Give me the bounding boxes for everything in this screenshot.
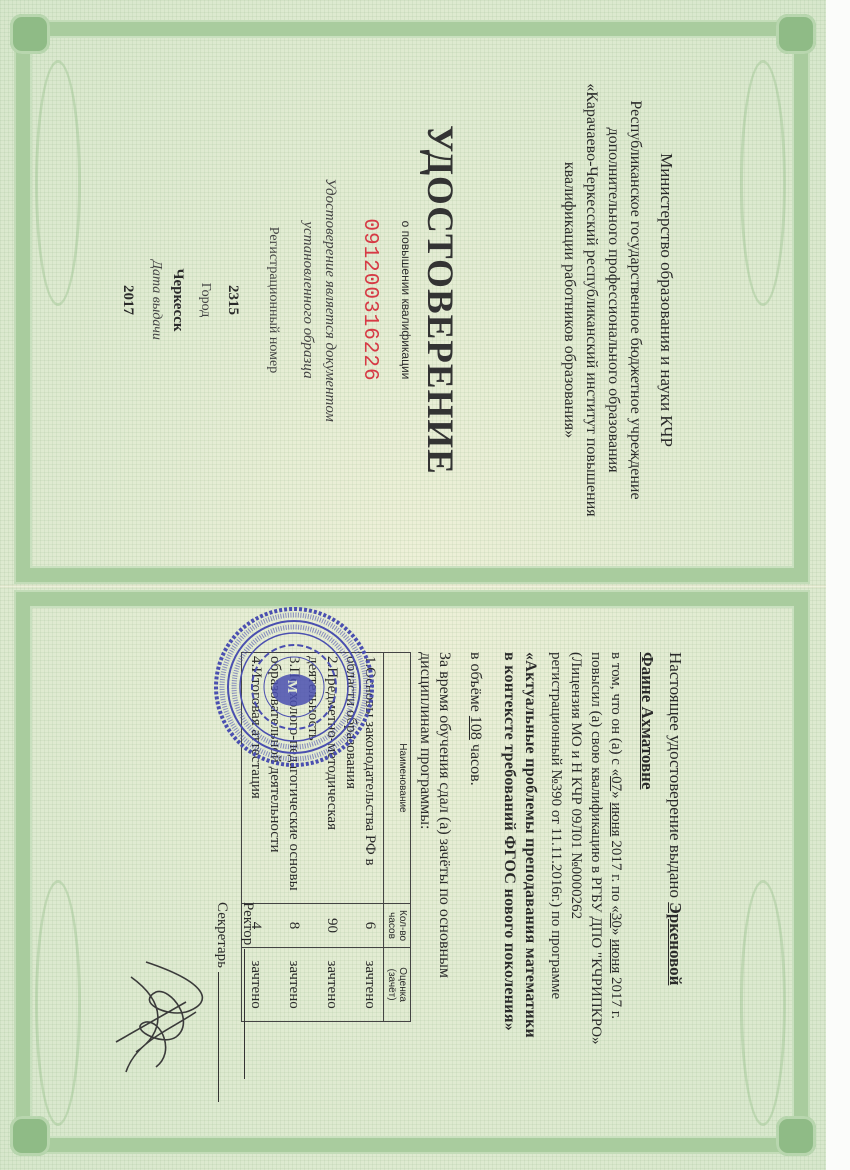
note-line: установленного образца [297, 40, 319, 560]
svg-text:М: М [284, 680, 299, 693]
issued-prefix: Настоящее удостоверение выдано [666, 652, 685, 898]
issue-date-label: Дата выдачи [148, 40, 164, 560]
end-day: 30 [608, 913, 624, 928]
city-label: Город [197, 40, 213, 560]
column-header-name: Наименование [384, 653, 411, 904]
discipline-grade: зачтено [341, 948, 384, 1022]
program-line: в контексте требований ФГОС нового покол… [499, 652, 520, 1092]
rector-label: Ректор [240, 902, 256, 945]
recipient-name: Фаине Ахматовне [637, 652, 658, 1092]
validity-note: Удостоверение является документом устано… [297, 40, 341, 560]
official-seal-icon: М [211, 602, 376, 772]
issue-year: 2017 [119, 40, 136, 560]
discipline-grade: зачтено [303, 948, 341, 1022]
organization-line: дополнительного профессионального образо… [602, 40, 624, 560]
organization-line: квалификации работников образования» [558, 40, 580, 560]
program-title: «Актуальные проблемы преподавания матема… [499, 652, 541, 1092]
signature-line [244, 949, 245, 1079]
text: 2017 г. по « [608, 837, 624, 913]
text: в том, что он (а) с « [608, 652, 624, 776]
note-line: Удостоверение является документом [319, 40, 341, 560]
exams-intro: За время обучения сдал (а) зачёты по осн… [416, 652, 454, 1092]
registration-line: регистрационный №390 от 11.11.2016г.) по… [546, 652, 566, 1092]
license-line: (Лицензия МО и Н КЧР 09Л01 №0000262 [566, 652, 586, 1092]
text: » [608, 791, 624, 799]
text: 2017 г. [608, 973, 624, 1019]
volume-line: в объёме 108 часов. [465, 652, 486, 1092]
discipline-hours: 8 [265, 903, 303, 947]
issued-to-line: Настоящее удостоверение выдано Эркеновой [665, 652, 686, 1092]
city-value: Черкесск [169, 40, 186, 560]
registration-number: 2315 [224, 40, 241, 560]
rector-signature-line: Ректор [239, 902, 256, 1079]
start-day: 07 [608, 776, 624, 791]
document-subtitle: о повышении квалификации [399, 40, 413, 560]
fold-line [0, 585, 826, 588]
discipline-hours: 6 [341, 903, 384, 947]
organization-name: Республиканское государственное бюджетно… [558, 40, 646, 560]
discipline-hours: 90 [303, 903, 341, 947]
handwritten-signature-icon [96, 942, 226, 1092]
organization-line: Республиканское государственное бюджетно… [624, 40, 646, 560]
text: » [608, 928, 624, 936]
institution-line: повысил (а) свою квалификацию в РГБУ ДПО… [586, 652, 606, 1092]
volume-prefix: в объёме [467, 652, 484, 712]
certificate-document: Министерство образования и науки КЧР Рес… [0, 0, 826, 1170]
left-page: Министерство образования и науки КЧР Рес… [26, 40, 786, 560]
training-period-text: в том, что он (а) с «07» июня 2017 г. по… [546, 652, 626, 1092]
registration-label: Регистрационный номер [265, 40, 281, 560]
volume-hours: 108 [467, 716, 484, 740]
column-header-hours: Кол-во часов [384, 903, 411, 947]
period-line: в том, что он (а) с «07» июня 2017 г. по… [606, 652, 626, 1092]
column-header-grade: Оценка (зачёт) [384, 948, 411, 1022]
recipient-surname: Эркеновой [666, 902, 685, 985]
discipline-grade: зачтено [265, 948, 303, 1022]
exams-intro-line: дисциплинам программы: [416, 652, 435, 1092]
start-month: июня [608, 802, 624, 836]
serial-number: 091200316226 [358, 40, 381, 560]
organization-line: «Карачаево-Черкесский республиканский ин… [580, 40, 602, 560]
right-page: Настоящее удостоверение выдано Эркеновой… [26, 612, 786, 1132]
program-line: «Актуальные проблемы преподавания матема… [520, 652, 541, 1092]
document-title: УДОСТОВЕРЕНИЕ [418, 40, 461, 560]
exams-intro-line: За время обучения сдал (а) зачёты по осн… [435, 652, 454, 1092]
volume-suffix: часов. [467, 744, 484, 786]
ministry-name: Министерство образования и науки КЧР [656, 40, 676, 560]
end-month: июня [608, 939, 624, 973]
